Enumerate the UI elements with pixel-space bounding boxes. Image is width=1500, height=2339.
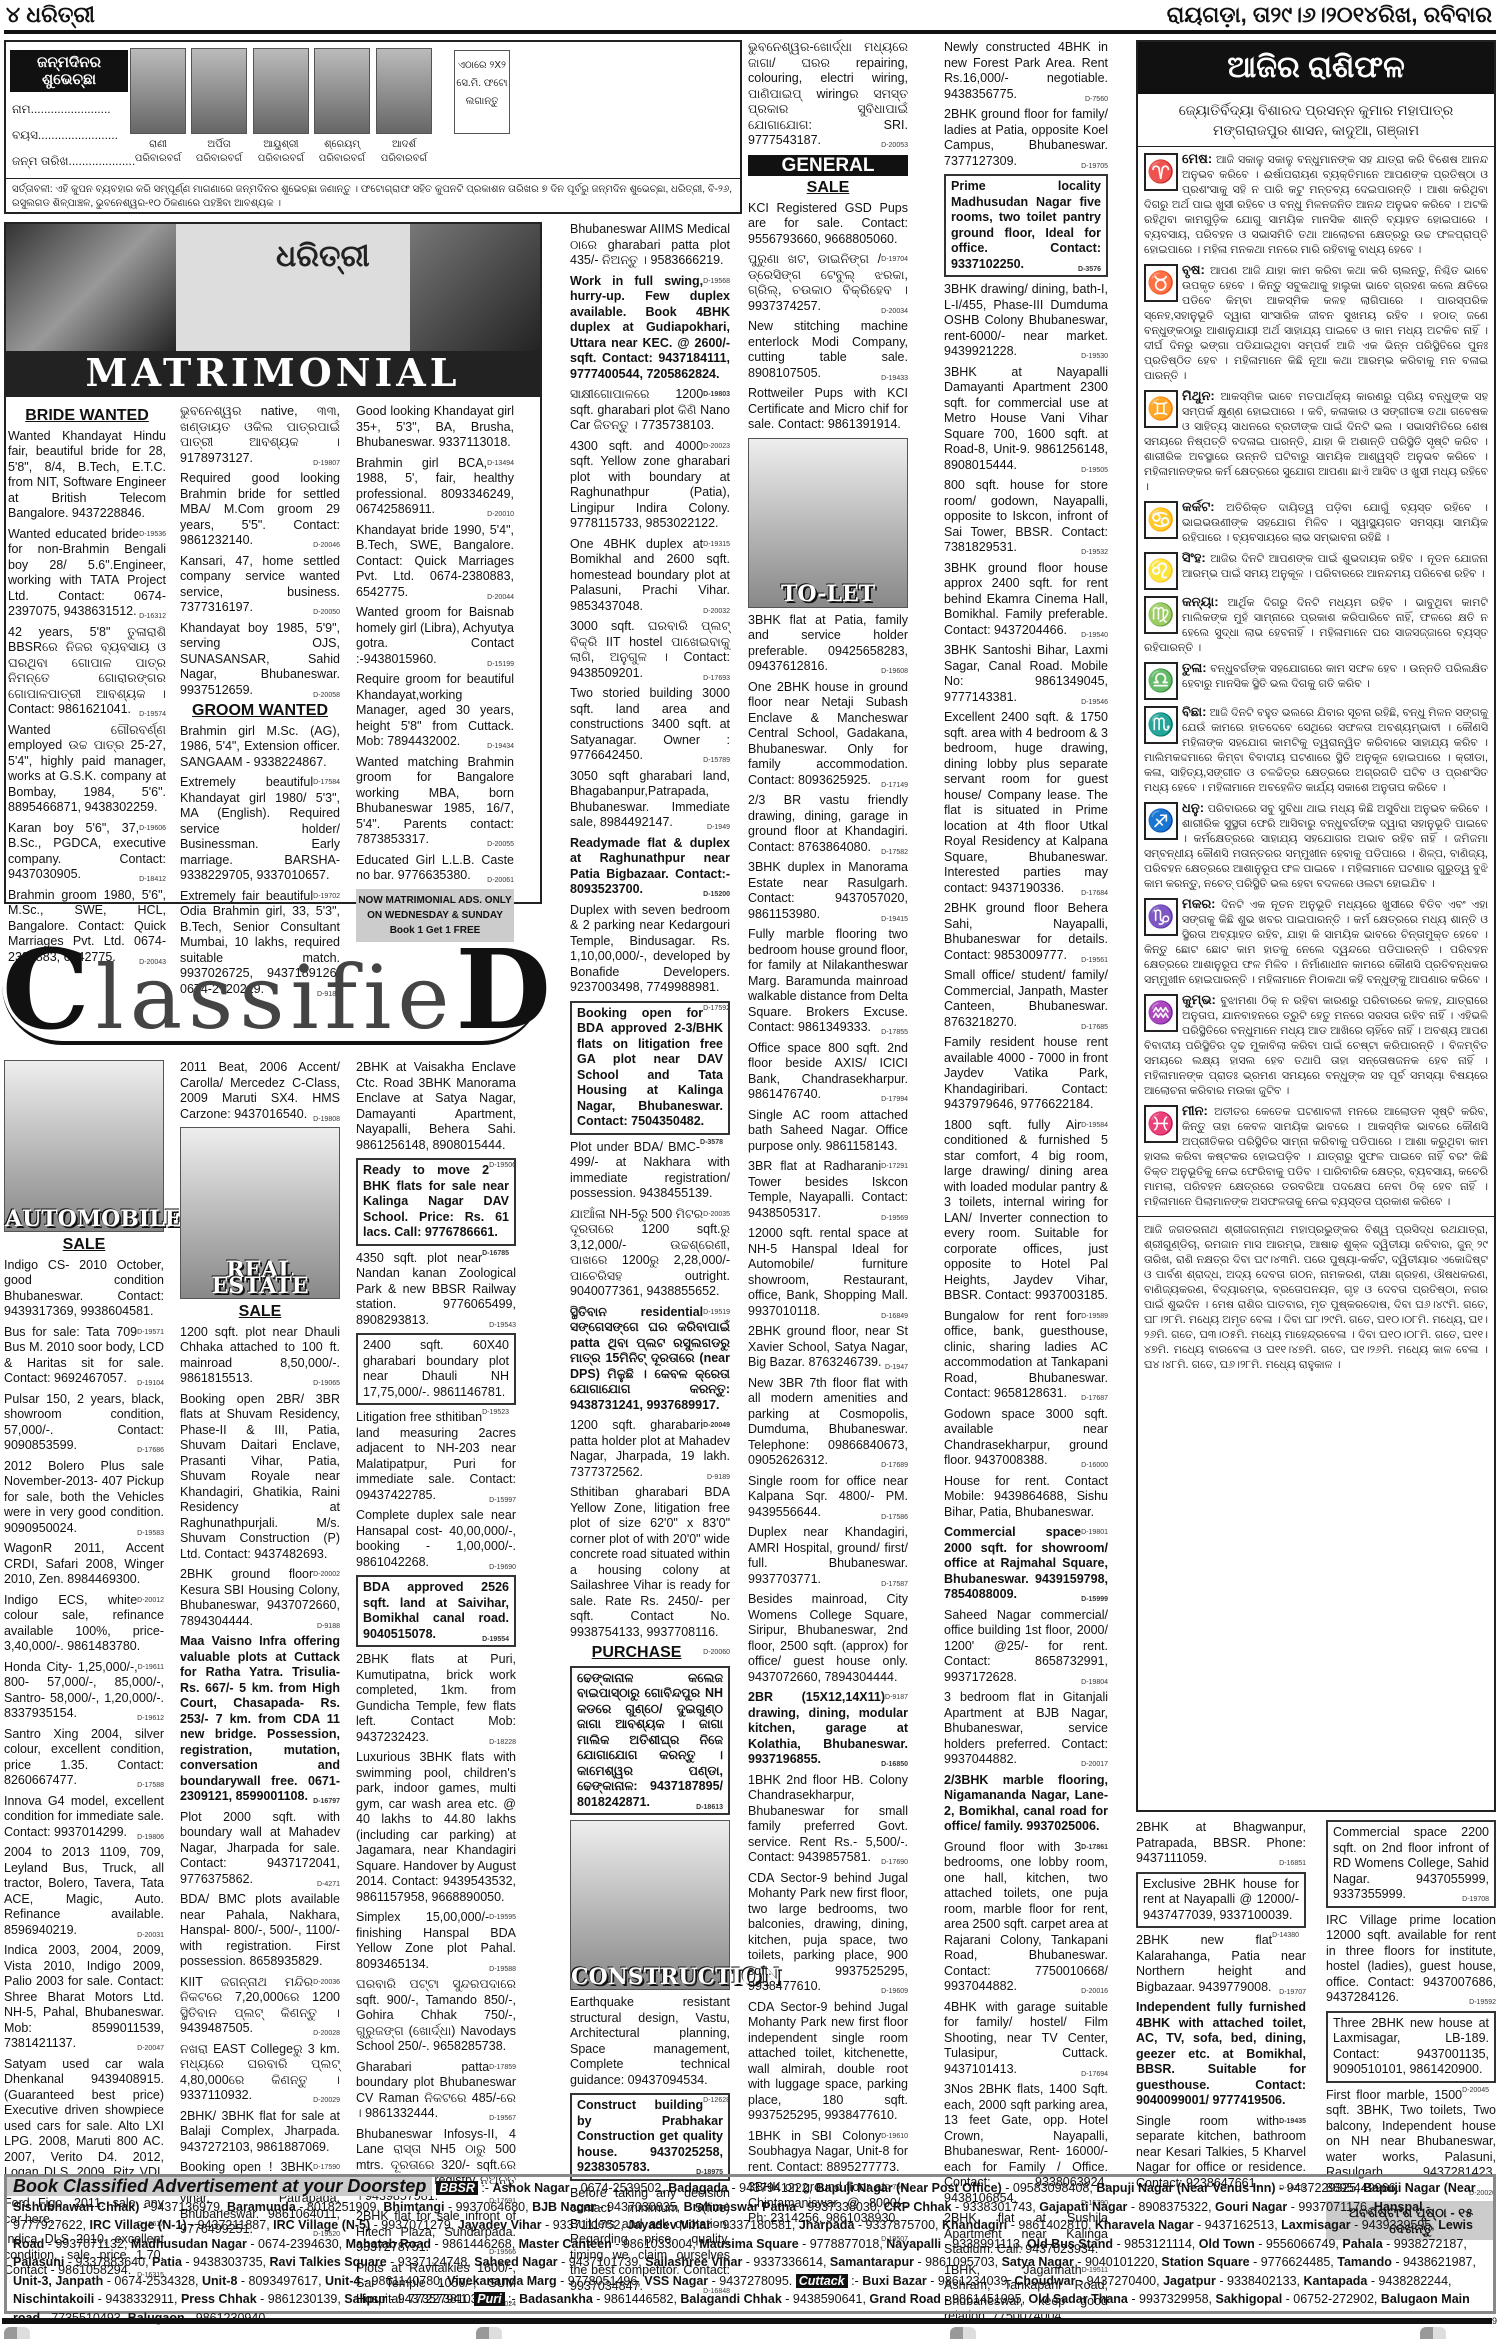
child-photo bbox=[191, 48, 247, 134]
ad-code: D-20016 bbox=[1081, 1984, 1108, 2000]
zodiac-icon: ♍ bbox=[1144, 596, 1178, 634]
ad-code: D-19433 bbox=[881, 371, 908, 387]
ad-text: Litigation free sthitiban land measuring… bbox=[356, 1410, 516, 1502]
classified-ad: House for rent. Contact Mobile: 94398646… bbox=[944, 1474, 1108, 1521]
ad-code: D-7560 bbox=[1085, 92, 1108, 108]
ad-text: Newly constructed 4BHK in new Forest Par… bbox=[944, 40, 1108, 101]
ad-code: D-19523 bbox=[482, 1405, 509, 1421]
child-photo bbox=[130, 48, 186, 134]
centre-phone: 9937338030 bbox=[807, 2200, 877, 2214]
centre-name: Sakhigopal bbox=[1215, 2292, 1282, 2306]
ad-code: D-16851 bbox=[1279, 1856, 1306, 1872]
centre-name: Palasuni bbox=[13, 2255, 64, 2269]
classified-ad: Indica 2003, 2004, 2009, Vista 2010, Ind… bbox=[4, 1943, 164, 2052]
ad-code: D-20035 bbox=[703, 1207, 730, 1223]
horoscope-sign: ♒କୁମ୍ଭ: ବୁଝାମଣା ଠିକ୍ ନ ରହିବା କାରଣରୁ ପରିବ… bbox=[1138, 992, 1494, 1099]
ad-text: Rottweiler Pups with KCI Certificate and… bbox=[748, 386, 908, 431]
ad-text: Require groom for beautiful Khandayat,wo… bbox=[356, 672, 514, 748]
ad-code: D-19571 bbox=[137, 1325, 164, 1341]
centre-phone: 09583098408 bbox=[1013, 2181, 1089, 2195]
ad-code: D-19702 bbox=[313, 889, 340, 905]
classified-ad: Duplex near Khandagiri, AMRI Hospital, g… bbox=[748, 1525, 908, 1587]
sign-name: କୁମ୍ଭ: bbox=[1182, 992, 1216, 1007]
classified-ad: 3BHK drawing/ dining, bath-I, L-I/455, P… bbox=[944, 282, 1108, 360]
classified-ad: New stitching machine enterlock Modi Com… bbox=[748, 319, 908, 381]
ad-code: D-16312 bbox=[139, 609, 166, 625]
ad-code: D-15199 bbox=[487, 657, 514, 673]
classified-ad: 3BHK flat at Patia, family and service h… bbox=[748, 613, 908, 675]
ad-text: 3 bedroom flat in Gitanjali Apartment at… bbox=[944, 1690, 1108, 1766]
classified-ad: Educated Girl L.L.B. Caste no bar. 97766… bbox=[356, 853, 514, 884]
ad-text: Construct building by Prabhakar Construc… bbox=[577, 2098, 723, 2174]
ad-text: 2012 Bolero Plus sale November-2013- 407… bbox=[4, 1459, 164, 1535]
centre-name: Khandagiri bbox=[942, 2218, 1007, 2232]
classified-ad: 1200 sqft. plot near Dhauli Chhaka attac… bbox=[180, 1325, 340, 1387]
centre-phone: 9338402133 bbox=[1227, 2274, 1297, 2288]
centre-name: Jagatpur bbox=[1163, 2274, 1216, 2288]
ad-code: D-19609 bbox=[881, 1984, 908, 2000]
classified-ad: 3BHK at Nayapalli Damayanti Apartment 23… bbox=[944, 365, 1108, 474]
centre-name: Patia bbox=[152, 2255, 182, 2269]
ad-code: D-17861 bbox=[1081, 1840, 1108, 1856]
zodiac-icon: ♑ bbox=[1144, 898, 1178, 936]
ad-text: Ready to move 2 BHK flats for sale near … bbox=[363, 1163, 509, 1239]
ad-code: D-16797 bbox=[313, 1794, 340, 1810]
centre-name: Satya Nagar bbox=[1002, 2255, 1074, 2269]
ad-text: Independent fully furnished 4BHK with at… bbox=[1136, 2000, 1306, 2107]
ad-code: D-14380 bbox=[1272, 1928, 1299, 1944]
centre-phone: 9861446582 bbox=[604, 2292, 674, 2306]
centre-phone: 9861446268 bbox=[442, 2237, 512, 2251]
ad-code: D-19567 bbox=[489, 2111, 516, 2127]
centre-phone: 9437270400 bbox=[1087, 2274, 1157, 2288]
dob-field: ଜନ୍ମ ତାରିଖ.................... bbox=[12, 154, 135, 169]
centre-name: Choudwar bbox=[1014, 2274, 1075, 2288]
matrimonial-banner: ଧରିତ୍ରୀ MATRIMONIAL bbox=[4, 222, 542, 397]
ad-code: D-17592 bbox=[703, 1001, 730, 1017]
ad-code: D-19608 bbox=[881, 664, 908, 680]
centre-name: Jharpada bbox=[799, 2218, 855, 2232]
ad-text: Wanted matching Brahmin groom for Bangal… bbox=[356, 755, 514, 847]
ad-code: D-19505 bbox=[1081, 463, 1108, 479]
automobile-column: AUTOMOBILE SALE Indigo CS- 2010 October,… bbox=[4, 1060, 164, 2284]
classified-ad: BDA approved 2526 sqft. land at Saivihar… bbox=[356, 1575, 516, 1647]
sign-name: କର୍କଟ: bbox=[1182, 499, 1215, 514]
ad-code: D-17687 bbox=[1081, 1391, 1108, 1407]
horoscope-sign: ♐ଧନୁ: ପରିବାରରେ ସବୁ ସୁବିଧା ଥାଇ ମଧ୍ୟ କିଛି … bbox=[1138, 800, 1494, 892]
ad-code: D-13494 bbox=[487, 456, 514, 472]
centre-name: Vivekananda Marg bbox=[447, 2274, 557, 2288]
classified-ad: 2/3 BR vastu friendly drawing, dining, g… bbox=[748, 793, 908, 855]
ad-code: D-1947 bbox=[885, 1360, 908, 1376]
real-estate-column: 2011 Beat, 2006 Accent/ Carolla/ Mercede… bbox=[180, 1060, 340, 2243]
ad-code: D-20012 bbox=[137, 1593, 164, 1609]
ad-code: D-20017 bbox=[1081, 1757, 1108, 1773]
ad-text: IRC Village prime location 12000 sqft. a… bbox=[1326, 1913, 1496, 2005]
horoscope-sign: ♑ମକର: ଦିନଟି ଏକ ନୂତନ ଅନୁଭୂତି ମଧ୍ୟରେ ଖୁସୀର… bbox=[1138, 896, 1494, 988]
centre-phone: 8093497617 bbox=[249, 2274, 319, 2288]
centre-phone: 9778051496 bbox=[568, 2274, 638, 2288]
ad-code: D-19574 bbox=[139, 707, 166, 723]
sign-text: ଆଜିର ଦିନଟି ଆପଣଙ୍କ ପାଇଁ ଶୁଭଦାୟକ ରହିବ । ନୂ… bbox=[1182, 553, 1488, 580]
classified-ad: Independent fully furnished 4BHK with at… bbox=[1136, 2000, 1306, 2109]
ad-code: D-19707 bbox=[1279, 1985, 1306, 2001]
ad-text: 3BHK ground floor house approx 2400 sqft… bbox=[944, 561, 1108, 637]
ad-text: House for rent. Contact Mobile: 94398646… bbox=[944, 1474, 1108, 1519]
ad-code: D-17587 bbox=[881, 1577, 908, 1593]
classified-ad: Readymade flat & duplex at Raghunathpur … bbox=[570, 836, 730, 898]
ad-code: D-19065 bbox=[313, 1376, 340, 1392]
ad-code: D-19561 bbox=[1081, 953, 1108, 969]
ad-text: 3050 sqft gharabari land, Bhagabanpur,Pa… bbox=[570, 769, 730, 830]
centre-name: Badagada bbox=[668, 2181, 728, 2195]
zodiac-icon: ♉ bbox=[1144, 264, 1178, 302]
centre-phone: 0674-2539502 bbox=[581, 2181, 662, 2195]
ad-code: D-18412 bbox=[139, 872, 166, 888]
ad-code: D-19806 bbox=[137, 1830, 164, 1846]
city-label: Puri bbox=[474, 2292, 504, 2306]
centre-name: Hanspal bbox=[1374, 2200, 1423, 2214]
ad-code: D-19803 bbox=[703, 387, 730, 403]
centre-phone: 9337180581 bbox=[722, 2218, 792, 2232]
centre-phone: 9437278095 bbox=[719, 2274, 789, 2288]
classified-ad: Work in full swing, hurry-up. Few duplex… bbox=[570, 274, 730, 383]
centre-name: Gouri Nagar bbox=[1215, 2200, 1287, 2214]
centre-phone: 0674-2394630 bbox=[258, 2237, 339, 2251]
centre-phone: 0674-2534328 bbox=[114, 2274, 195, 2288]
centre-phone: 9861234039 bbox=[938, 2274, 1008, 2288]
ad-code: D-20058 bbox=[313, 688, 340, 704]
ad-code: D-20061 bbox=[487, 873, 514, 889]
centre-name: Gajapati Nagar bbox=[1039, 2200, 1127, 2214]
birthday-wishes-coupon: ଜନ୍ମଦିନର ଶୁଭେଚ୍ଛା ନାମ...................… bbox=[4, 40, 742, 214]
centre-phone: 9861095703 bbox=[925, 2255, 995, 2269]
ad-code: D-20029 bbox=[313, 2093, 340, 2109]
ad-code: D-17994 bbox=[881, 1092, 908, 1108]
sign-name: କନ୍ୟା: bbox=[1182, 594, 1219, 609]
classified-ad: Good looking Khandayat girl 35+, 5'3", B… bbox=[356, 404, 514, 451]
sign-name: ମକର: bbox=[1182, 896, 1216, 911]
classified-ad: Newly constructed 4BHK in new Forest Par… bbox=[944, 40, 1108, 102]
horoscope-sign: ♊ମିଥୁନ: ଆକସ୍ମିକ ଭାବେ ମତପାର୍ଥକ୍ୟ କାରଣରୁ ପ… bbox=[1138, 388, 1494, 495]
centre-name: Laxmisagar bbox=[1281, 2218, 1350, 2232]
zodiac-icon: ♋ bbox=[1144, 501, 1178, 539]
coupon-terms: ସର୍ତ୍ତାବଳୀ: ଏହି କୁପନ ବ୍ୟବହାର କରି ସମ୍ପୂର୍… bbox=[6, 178, 740, 215]
ad-text: Booking open 2BR/ 3BR flats at Shuvam Re… bbox=[180, 1392, 340, 1561]
ad-text: BDA/ BMC plots available near Pahala, Na… bbox=[180, 1892, 340, 1968]
ad-text: 2004 to 2013 1109, 709, Leyland Bus, Tru… bbox=[4, 1845, 164, 1937]
ad-code: D-17694 bbox=[1081, 2067, 1108, 2083]
ad-text: 2/3BHK marble flooring, Nigamananda Naga… bbox=[944, 1773, 1108, 1834]
classified-ad: Family resident house rent available 400… bbox=[944, 1035, 1108, 1113]
classified-ad: Maa Vaisno Infra offering valuable plots… bbox=[180, 1634, 340, 1805]
classified-ad: ଭୁବନେଶ୍ୱର-ଖୋର୍ଦ୍ଧା ମଧ୍ୟରେ ଜାଗା/ ଘରର repa… bbox=[748, 40, 908, 149]
classified-ad: Duplex with seven bedroom & 2 parking ne… bbox=[570, 903, 730, 996]
panjika-text: ଆଜି ଜଗତରନାଥ ଶ୍ରୀଜଗନ୍ନାଥ ମହାପ୍ରଭୁଙ୍କର ବିଶ… bbox=[1138, 1216, 1494, 1379]
ad-text: Three 2BHK new house at Laxmisagar, LB-1… bbox=[1333, 2016, 1489, 2077]
classified-ad: 2BHK/ 3BHK flat for sale at Balaji Compl… bbox=[180, 2109, 340, 2156]
ad-code: D-20049 bbox=[703, 1418, 730, 1434]
centre-name: Station Square bbox=[1161, 2255, 1249, 2269]
centre-phone: 9861402810 bbox=[1018, 2218, 1088, 2232]
ad-code: D-17689 bbox=[881, 1458, 908, 1474]
general-column: ଭୁବନେଶ୍ୱର-ଖୋର୍ଦ୍ଧା ମଧ୍ୟରେ ଜାଗା/ ଘରର repa… bbox=[748, 40, 908, 2247]
ad-code: D-4271 bbox=[317, 1877, 340, 1893]
ad-text: 42 years, 5'8" ତୁଳାରାଶି BBSRରେ ନିଜର ବ୍ୟବ… bbox=[8, 625, 166, 717]
ad-code: D-20034 bbox=[881, 304, 908, 320]
centre-phone: 9439339595 bbox=[1362, 2218, 1432, 2232]
ad-text: ଢେଙ୍କାନାଳ କଲେଜ ବାଇପାସ୍‌ଠାରୁ ଗୋବିନ୍ଦପୁର N… bbox=[577, 1671, 723, 1809]
classified-ad: Indigo CS- 2010 October, good condition … bbox=[4, 1258, 164, 1320]
wedding-photo bbox=[6, 224, 176, 354]
ad-code: D-17584 bbox=[313, 775, 340, 791]
page-tab bbox=[476, 2327, 502, 2339]
sign-name: ମିଥୁନ: bbox=[1182, 388, 1215, 403]
ad-code: D-19595 bbox=[489, 1910, 516, 1926]
centre-name: Mahatab Road bbox=[346, 2237, 431, 2251]
classified-ad: Required good looking Brahmin bride for … bbox=[180, 471, 340, 549]
centre-phone: 9337111752 bbox=[553, 2218, 621, 2232]
page-tab bbox=[1420, 2327, 1446, 2339]
centre-name: Kantapada bbox=[1303, 2274, 1367, 2288]
classified-ad: Three 2BHK new house at Laxmisagar, LB-1… bbox=[1326, 2011, 1496, 2083]
ad-text: 2BHK at Vaisakha Enclave Ctc. Road 3BHK … bbox=[356, 1060, 516, 1152]
ad-code: D-16849 bbox=[881, 1309, 908, 1325]
centre-name: Old Town bbox=[1199, 2237, 1255, 2251]
classified-ad: ନଖରା EAST Collegeରୁ 3 km. ମଧ୍ୟରେ ଘରବାରି … bbox=[180, 2042, 340, 2104]
centre-name: CRP Chhak bbox=[884, 2200, 952, 2214]
classified-ad: Pulsar 150, 2 years, black, showroom con… bbox=[4, 1392, 164, 1454]
centre-phone: 9776624485 bbox=[1261, 2255, 1331, 2269]
photo-caption: ଶ୍ରେୟମ୍ପରିବାରବର୍ଗ bbox=[307, 138, 377, 166]
ad-code: D-19435 bbox=[1279, 2114, 1306, 2130]
centre-phone: 9937329958 bbox=[1139, 2292, 1209, 2306]
real-estate-column-3: 2BHK at Vaisakha Enclave Ctc. Road 3BHK … bbox=[356, 1060, 516, 2312]
centre-phone: 9938272187 bbox=[1394, 2237, 1464, 2251]
ad-text: WagonR 2011, Accent CRDI, Safari 2008, W… bbox=[4, 1541, 164, 1586]
classified-ad: Khandayat boy 1985, 5'9", serving OJS, S… bbox=[180, 621, 340, 699]
ad-text: 3BHK drawing/ dining, bath-I, L-I/455, P… bbox=[944, 282, 1108, 358]
classified-ad: ଢେଙ୍କାନାଳ କଲେଜ ବାଇପାସ୍‌ଠାରୁ ଗୋବିନ୍ଦପୁର N… bbox=[570, 1666, 730, 1816]
classified-ad: CDA Sector-9 behind Jugal Mohanty Park n… bbox=[748, 2000, 908, 2124]
page-label: ୪ ଧରିତ୍ରୀ bbox=[6, 2, 95, 28]
classified-ad: ଭୁବନେଶ୍ୱର native, ୩୩, ଖଣ୍ଡାୟତ ଓକିଲ ପାତ୍ର… bbox=[180, 404, 340, 466]
ad-text: 4350 sqft. plot near Nandan kanan Zoolog… bbox=[356, 1251, 516, 1327]
page-tab bbox=[4, 2327, 30, 2339]
centre-phone: 9438303735 bbox=[193, 2255, 263, 2269]
ad-text: Good looking Khandayat girl 35+, 5'3", B… bbox=[356, 404, 514, 449]
centre-phone: 9438282244 bbox=[1379, 2274, 1449, 2288]
ad-code: D-3576 bbox=[1078, 262, 1101, 278]
centre-name: Bapuji Nagar (Near Post Office) bbox=[816, 2181, 1002, 2195]
classified-ad: 4350 sqft. plot near Nandan kanan Zoolog… bbox=[356, 1251, 516, 1329]
photo-caption: ଅର୍ପିତାପରିବାରବର୍ଗ bbox=[184, 138, 254, 166]
ad-code: D-17588 bbox=[137, 1778, 164, 1794]
horoscope-sign: ♉ବୃଷ: ଆପଣ ଆଜି ଯାହା କାମ କରିବା କଥା କରି ଚାଲ… bbox=[1138, 262, 1494, 384]
classified-ad: Wanted matching Brahmin groom for Bangal… bbox=[356, 755, 514, 848]
ad-text: Wanted Khandayat Hindu fair, beautiful b… bbox=[8, 429, 166, 521]
zodiac-icon: ♓ bbox=[1144, 1105, 1178, 1143]
ad-code: D-20050 bbox=[313, 605, 340, 621]
classified-ad: Single AC room attached bath Saheed Naga… bbox=[748, 1108, 908, 1155]
centre-phone: 9437101739 bbox=[569, 2255, 639, 2269]
page-number: 9 bbox=[1492, 2316, 1497, 2326]
ad-code: D-19315 bbox=[703, 537, 730, 553]
classified-ad: Rottweiler Pups with KCI Certificate and… bbox=[748, 386, 908, 433]
sign-name: ତୁଳା: bbox=[1182, 660, 1207, 675]
centre-name: Samantarapur bbox=[830, 2255, 914, 2269]
ad-code: D-1949 bbox=[707, 820, 730, 836]
centre-phone: 9861033004 bbox=[623, 2237, 693, 2251]
classified-ad: 3BHK Santoshi Bihar, Laxmi Sagar, Canal … bbox=[944, 643, 1108, 705]
ad-text: Single AC room attached bath Saheed Naga… bbox=[748, 1108, 908, 1153]
birthday-title: ଜନ୍ମଦିନର ଶୁଭେଚ୍ଛା bbox=[10, 50, 128, 92]
ad-code: D-19540 bbox=[1081, 628, 1108, 644]
bottom-rule bbox=[2, 2318, 1492, 2324]
centre-phone: 9337883640 bbox=[76, 2255, 146, 2269]
ad-code: D-19808 bbox=[313, 1112, 340, 1128]
classified-ad: 2BHK at Bhagwanpur, Patrapada, BBSR. Pho… bbox=[1136, 1820, 1306, 1867]
photo-caption: ଆଦର୍ଶପରିବାରବର୍ଗ bbox=[369, 138, 439, 166]
classified-ad: Office space 800 sqft. 2nd floor beside … bbox=[748, 1041, 908, 1103]
classified-ad: Plot 2000 sqft. with boundary wall at Ma… bbox=[180, 1810, 340, 1888]
ad-code: D-20055 bbox=[487, 837, 514, 853]
astrologer-byline: ଜ୍ୟୋତିର୍ବିଦ୍ୟା ବିଶାରଦ ପ୍ରସନ୍ନ କୁମାର ମହାପ… bbox=[1138, 94, 1494, 147]
horoscope-title: ଆଜିର ରାଶିଫଳ bbox=[1138, 42, 1494, 94]
classified-ad: Booking open 2BR/ 3BR flats at Shuvam Re… bbox=[180, 1392, 340, 1563]
to-let-image: TO-LET bbox=[748, 438, 908, 608]
centre-name: Grand Road bbox=[869, 2292, 941, 2306]
classified-ad: Kansari, 47, home settled company servic… bbox=[180, 554, 340, 616]
sign-text: ବୁଝାମଣା ଠିକ୍ ନ ରହିବା କାରଣରୁ ପରିବାରରେ କଳହ… bbox=[1144, 995, 1488, 1097]
centre-phone: 9438621987 bbox=[1403, 2255, 1473, 2269]
ad-code: D-9188 bbox=[317, 1619, 340, 1635]
ad-code: D-20047 bbox=[137, 2041, 164, 2057]
ad-code: D-19708 bbox=[1462, 1892, 1489, 1908]
ad-code: D-20036 bbox=[313, 1975, 340, 1991]
centre-phone: 9861230139 bbox=[268, 2292, 338, 2306]
page-tab bbox=[950, 2327, 976, 2339]
centre-name: Tamando bbox=[1337, 2255, 1392, 2269]
centre-phone: 9337124748 bbox=[398, 2255, 468, 2269]
ad-text: Wanted ଗୌରବର୍ଣ୍ଣ employed ଉଚ୍ଚ ପାତ୍ର 25-… bbox=[8, 723, 166, 815]
classified-ad: Commercial space 2200 sqft. on 2nd floor… bbox=[1326, 1820, 1496, 1908]
centre-name: BJB Nagar bbox=[532, 2200, 596, 2214]
centre-phone: 9861451995 bbox=[952, 2292, 1022, 2306]
ad-code: D-19104 bbox=[137, 1376, 164, 1392]
centre-name: Madhusudan Nagar bbox=[131, 2237, 247, 2251]
ad-code: D-19704 bbox=[881, 252, 908, 268]
centre-name: Kharavela Nagar bbox=[1095, 2218, 1194, 2232]
classified-ad: Litigation free sthitiban land measuring… bbox=[356, 1410, 516, 1503]
classified-ad: 3BHK ground floor house approx 2400 sqft… bbox=[944, 561, 1108, 639]
automobile-image: AUTOMOBILE bbox=[4, 1060, 164, 1232]
to-let-column: Newly constructed 4BHK in new Forest Par… bbox=[944, 40, 1108, 2330]
ad-text: Luxurious 3BHK flats with swimming pool,… bbox=[356, 1750, 516, 1904]
ad-code: D-9189 bbox=[707, 1470, 730, 1486]
zodiac-icon: ♎ bbox=[1144, 662, 1178, 700]
ad-code: D-19690 bbox=[489, 1560, 516, 1576]
classified-ad: Brahmin girl M.Sc. (AG), 1986, 5'4", Ext… bbox=[180, 724, 340, 771]
ad-text: 2BR (15X12,14X11) drawing, dining, modul… bbox=[748, 1690, 908, 1766]
horoscope-sign: ♈ମେଷ: ଆଜି ସକାଳୁ ସକାଳୁ ବନ୍ଧୁମାନଙ୍କ ସହ ଯାତ… bbox=[1138, 151, 1494, 258]
classified-banner: ClassifieD bbox=[2, 935, 542, 1045]
classified-ad: CDA Sector-9 behind Jugal Mohanty Park n… bbox=[748, 1871, 908, 1995]
classified-ad: Require groom for beautiful Khandayat,wo… bbox=[356, 672, 514, 750]
classified-ad: 12000 sqft. rental space at NH-5 Hanspal… bbox=[748, 1226, 908, 1319]
sale-heading: SALE bbox=[180, 1304, 340, 1320]
ad-code: D-17685 bbox=[1081, 1020, 1108, 1036]
bride-wanted-heading: BRIDE WANTED bbox=[8, 408, 166, 424]
ad-text: Prime locality Madhusudan Nagar five roo… bbox=[951, 179, 1101, 271]
classified-ad: Single room for office near Kalpana Sqr.… bbox=[748, 1474, 908, 1521]
ad-code: D-17291 bbox=[881, 1159, 908, 1175]
ad-text: Besides mainroad, City Womens College Sq… bbox=[748, 1592, 908, 1684]
child-photo bbox=[253, 48, 309, 134]
sign-name: ମେଷ: bbox=[1182, 151, 1212, 166]
ad-code: D-19606 bbox=[139, 821, 166, 837]
ad-code: D-19583 bbox=[137, 1526, 164, 1542]
classified-ad: 2BHK ground floor, near St Xavier School… bbox=[748, 1324, 908, 1371]
ad-code: D-19543 bbox=[489, 1318, 516, 1334]
classified-ad: Godown space 3000 sqft. available near C… bbox=[944, 1407, 1108, 1469]
ad-code: D-20023 bbox=[703, 439, 730, 455]
centre-phone: 06752-272902 bbox=[1293, 2292, 1374, 2306]
ad-text: CDA Sector-9 behind Jugal Mohanty Park n… bbox=[748, 1871, 908, 1994]
ad-text: Extremely beautiful Khandayat girl 1980/… bbox=[180, 775, 340, 882]
centre-name: Bhimtangi bbox=[383, 2200, 444, 2214]
centre-name: IRC Village (N-1) bbox=[89, 2218, 186, 2232]
centre-phone: 9861140780 bbox=[372, 2274, 441, 2288]
centre-phone: 9778877018 bbox=[810, 2237, 880, 2251]
centre-phone: 9438590641 bbox=[793, 2292, 863, 2306]
centre-phone: 9937071176 bbox=[1298, 2200, 1367, 2214]
ad-code: D-18228 bbox=[489, 1735, 516, 1751]
booking-centres-footer: Book Classified Advertisement at your Do… bbox=[4, 2174, 1496, 2314]
ad-code: D-19804 bbox=[1081, 1675, 1108, 1691]
ad-text: 12000 sqft. rental space at NH-5 Hanspal… bbox=[748, 1226, 908, 1318]
ad-code: D-3578 bbox=[700, 1135, 723, 1151]
ad-code: D-17693 bbox=[703, 671, 730, 687]
centre-name: Unit-8 bbox=[202, 2274, 237, 2288]
classified-ad: Khandayat bride 1990, 5'4", B.Tech, SWE,… bbox=[356, 523, 514, 601]
classified-ad: Excellent 2400 sqft. & 1750 sqft. area w… bbox=[944, 710, 1108, 896]
ad-code: D-20045 bbox=[1462, 2083, 1489, 2099]
classified-ad: 2/3BHK marble flooring, Nigamananda Naga… bbox=[944, 1773, 1108, 1835]
ad-text: 1BHK 2nd floor HB. Colony Chandrasekharp… bbox=[748, 1773, 908, 1865]
city-label: Cuttack bbox=[796, 2274, 848, 2288]
classified-ad: Santro Xing 2004, silver colour, excelle… bbox=[4, 1727, 164, 1789]
ad-code: D-19415 bbox=[881, 912, 908, 928]
ad-text: Maa Vaisno Infra offering valuable plots… bbox=[180, 1634, 340, 1803]
ad-code: D-20060 bbox=[703, 1645, 730, 1661]
ad-text: 1800 sqft. fully Air conditioned & furni… bbox=[944, 1118, 1108, 1303]
ad-code: D-19610 bbox=[881, 2129, 908, 2145]
centre-name: VSS Nagar bbox=[644, 2274, 708, 2288]
sign-name: ସିଂହ: bbox=[1182, 550, 1206, 565]
zodiac-icon: ♒ bbox=[1144, 994, 1178, 1032]
classified-ad: Wanted ଗୌରବର୍ଣ୍ଣ employed ଉଚ୍ଚ ପାତ୍ର 25-… bbox=[8, 723, 166, 816]
sign-text: ବନ୍ଧୁବର୍ଗଙ୍କ ସହଯୋଗରେ କାମ ସଫଳ ହେବ । ଉନ୍ନତ… bbox=[1182, 663, 1488, 690]
age-field: ବୟସ........................ bbox=[12, 128, 118, 143]
page-header: ୪ ଧରିତ୍ରୀ ରାୟଗଡ଼ା, ତା୨୯।୬।୨୦୧୪ରିଖ, ରବିବା… bbox=[0, 0, 1500, 30]
ad-text: Two storied building 3000 sqft. land are… bbox=[570, 686, 730, 762]
classified-ad: 2004 to 2013 1109, 709, Leyland Bus, Tru… bbox=[4, 1845, 164, 1938]
centre-phone: 8908375322 bbox=[1139, 2200, 1209, 2214]
classified-ad: 1800 sqft. fully Air conditioned & furni… bbox=[944, 1118, 1108, 1304]
ad-code: D-17859 bbox=[489, 2060, 516, 2076]
classified-ad: 2BHK ground floor Behera Sahi, Nayapalli… bbox=[944, 901, 1108, 963]
